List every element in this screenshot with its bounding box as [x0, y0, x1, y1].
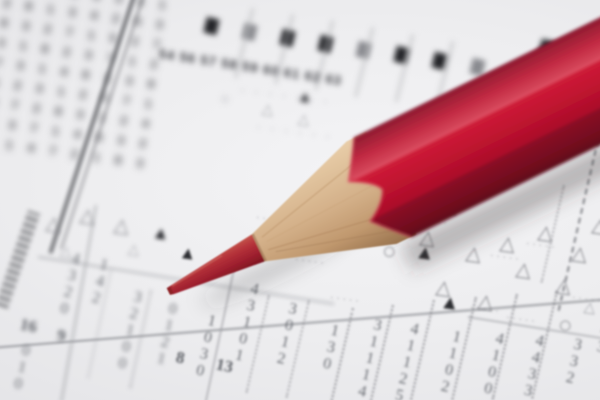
photo-scantron-with-red-pencil: 3 1 4 7 2 8 3 5 1 7 2 8 1 3 4 2 8 3 1 8 … [0, 0, 600, 400]
red-pencil [0, 0, 600, 400]
